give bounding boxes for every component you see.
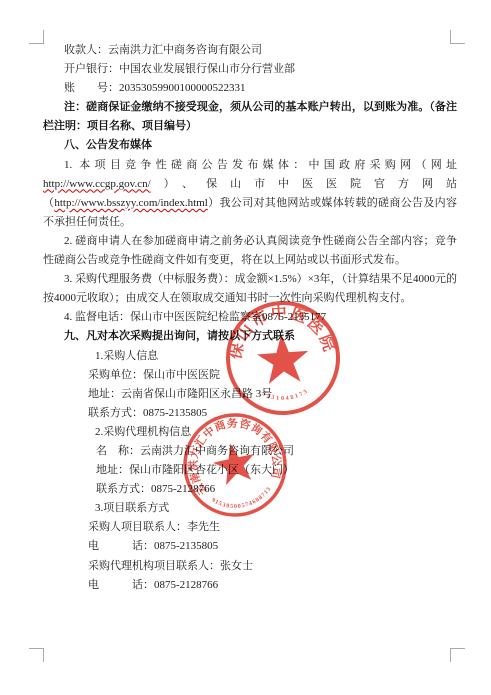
agency-seal-stamp-icon: 云南洪力汇中商务咨询有限公司 91530500574688713	[180, 410, 290, 520]
purchaser-project-phone: 电 话：0875-2135805	[88, 537, 457, 556]
document-page: 收款人：云南洪力汇中商务咨询有限公司 开户银行：中国农业发展银行保山市分行营业部…	[0, 0, 491, 695]
text-boundary-mark-bottom-left	[29, 648, 44, 662]
deposit-note: 注：磋商保证金缴纳不接受现金，须从公司的基本账户转出，以到账为准。（备注栏注明：…	[43, 98, 457, 136]
section8-item2: 2. 磋商申请人在参加磋商申请之前务必认真阅读竞争性磋商公告全部内容；竞争性磋商…	[43, 232, 457, 270]
seal-star-icon	[210, 439, 259, 487]
agency-project-contact: 采购代理机构项目联系人：张女士	[88, 557, 457, 576]
seal-star-icon	[256, 332, 311, 384]
bank-line: 开户银行：中国农业发展银行保山市分行营业部	[43, 60, 457, 79]
hospital-website-url: http://www.bsszyy.com/index.html	[54, 197, 207, 209]
agency-project-phone: 电 话：0875-2128766	[88, 576, 457, 595]
svg-text:5331048173: 5331048173	[261, 388, 311, 404]
payee-line: 收款人：云南洪力汇中商务咨询有限公司	[43, 41, 457, 60]
text-boundary-mark-bottom-right	[450, 648, 465, 662]
section8-item1-text-before: 1. 本项目竞争性磋商公告发布媒体：中国政府采购网（网址	[64, 159, 457, 171]
ccgp-url: http://www.ccgp.gov.cn/	[43, 178, 151, 190]
hospital-seal-stamp-icon: 保山市中医医院 5331048173	[223, 298, 343, 418]
section8-heading: 八、公告发布媒体	[43, 136, 457, 155]
hospital-seal-code: 5331048173	[261, 388, 311, 404]
purchaser-project-contact: 采购人项目联系人：李先生	[88, 518, 457, 537]
text-boundary-mark-top-left	[29, 30, 44, 44]
section8-item1: 1. 本项目竞争性磋商公告发布媒体：中国政府采购网（网址http://www.c…	[43, 156, 457, 232]
account-number-line: 账 号：20353059900100000522331	[43, 79, 457, 98]
